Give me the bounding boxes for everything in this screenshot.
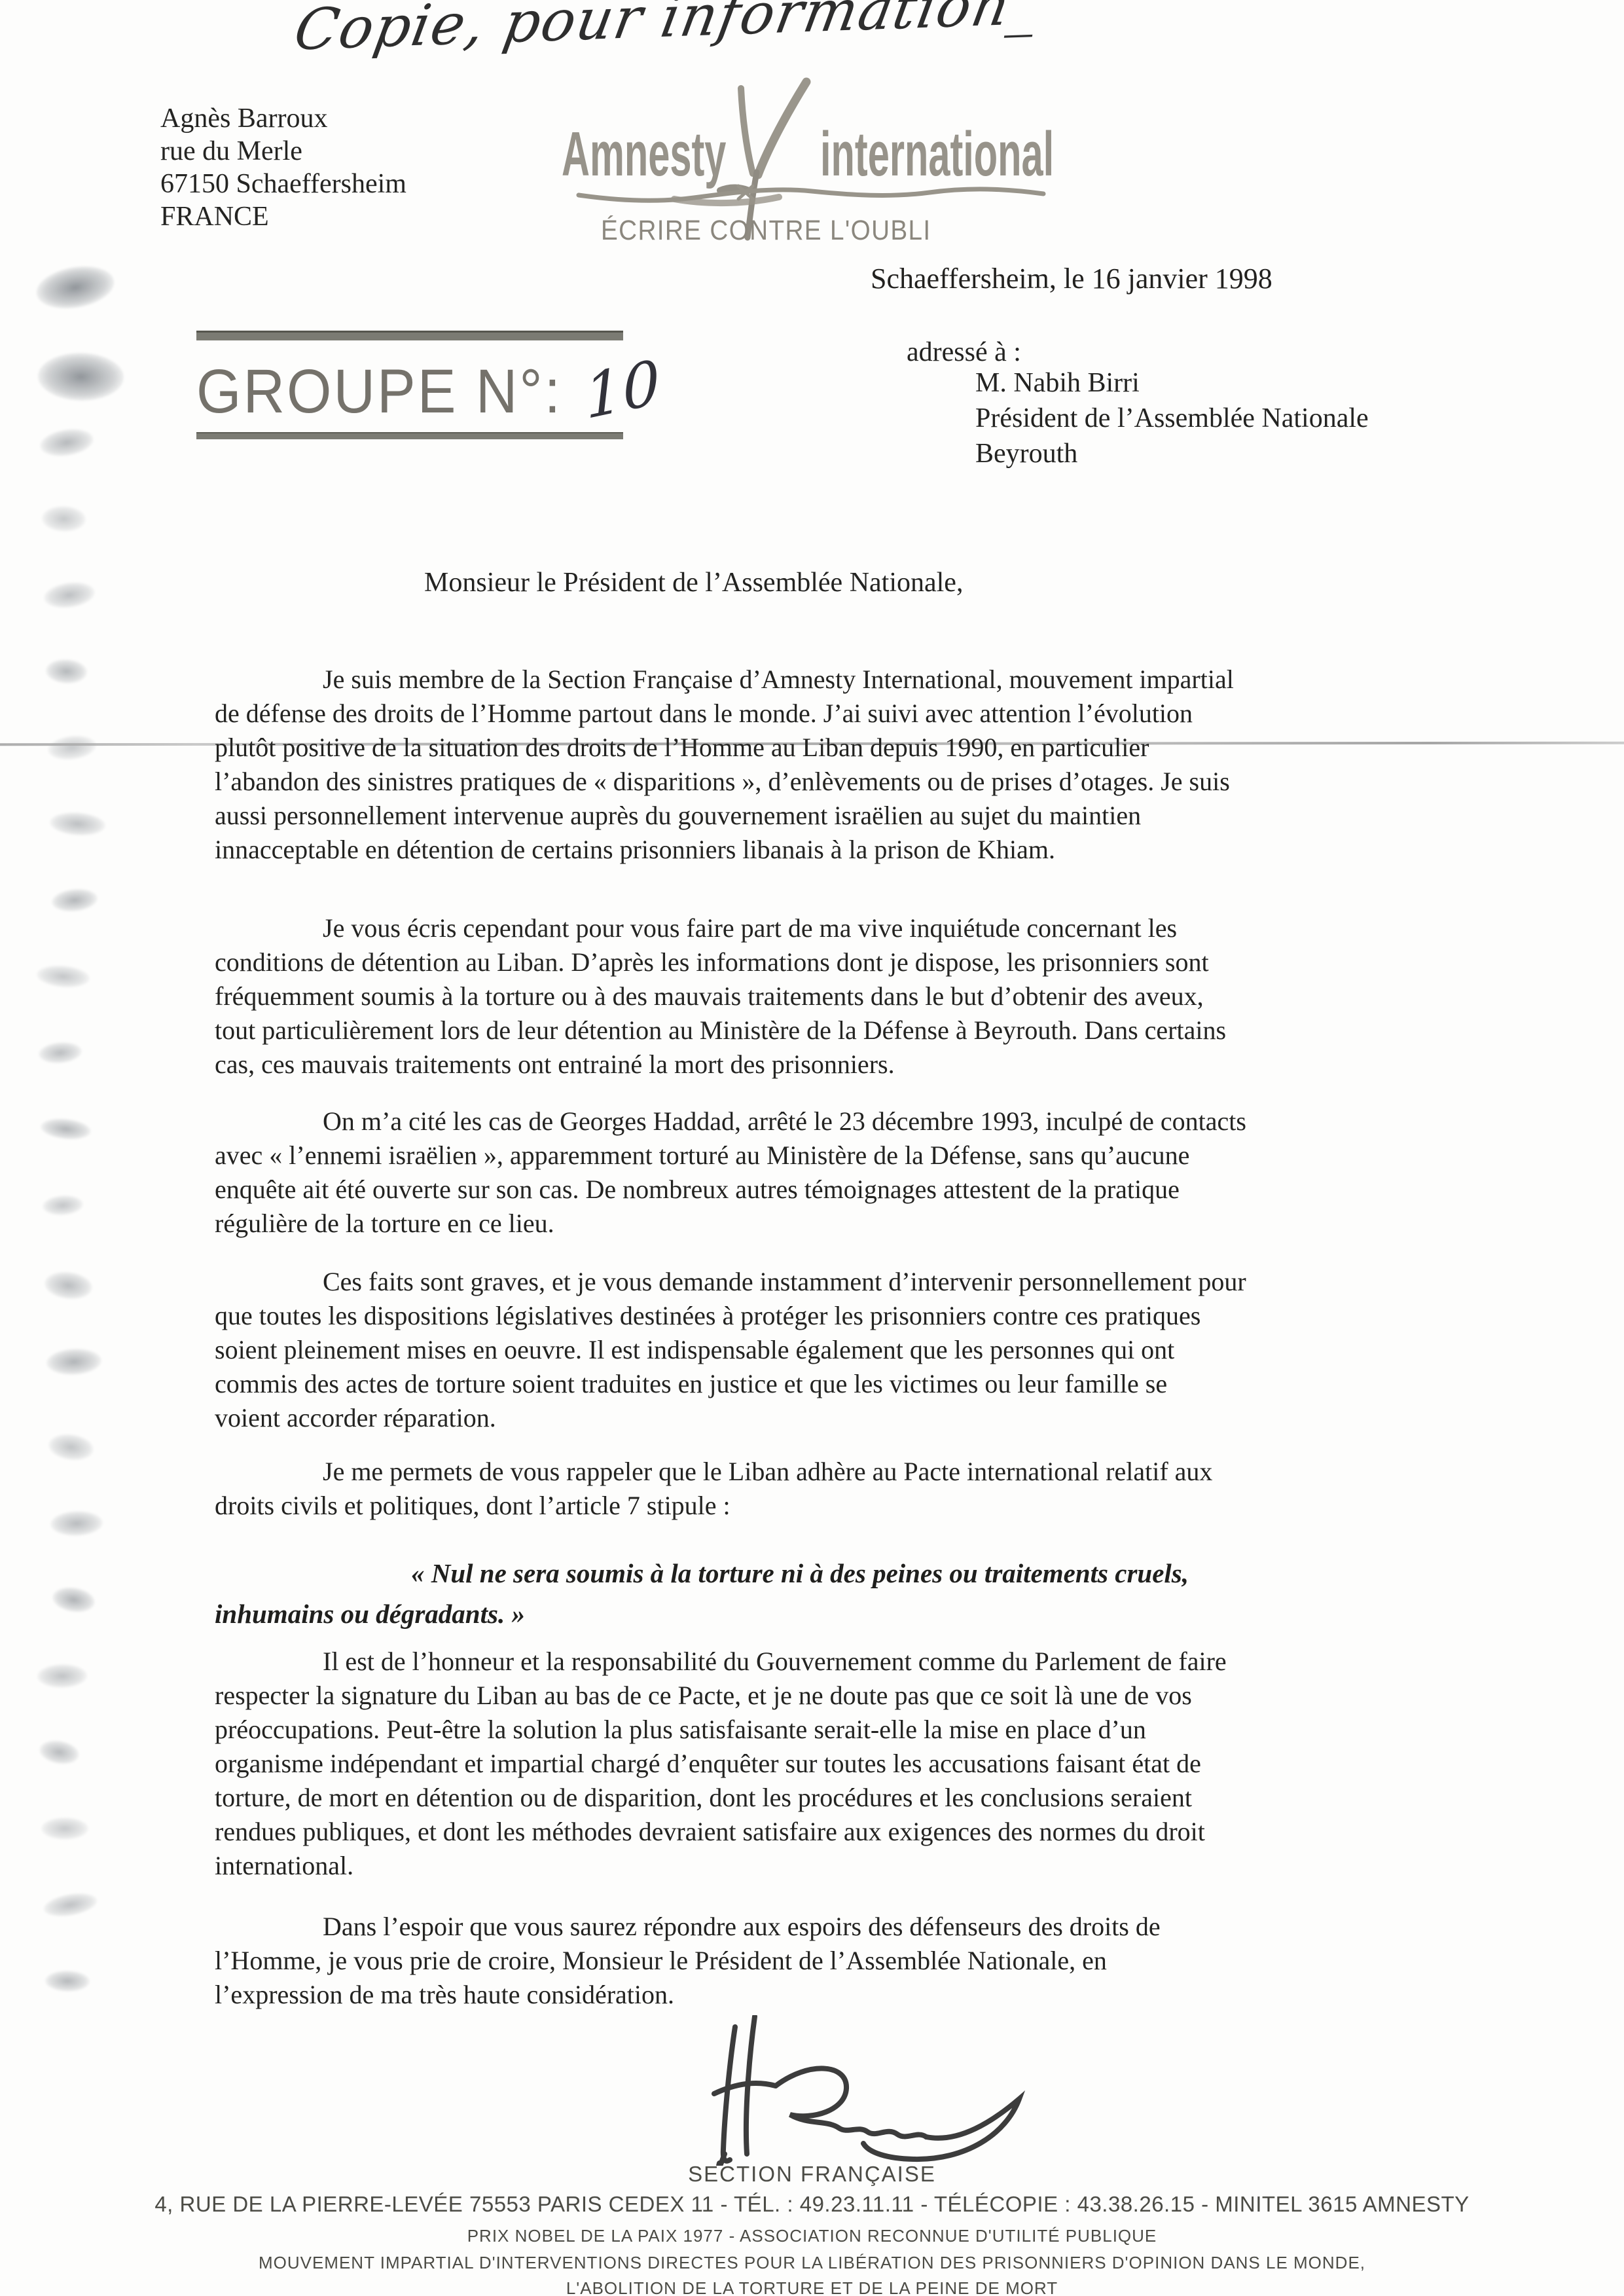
binding-mark	[37, 352, 124, 401]
binding-mark	[50, 886, 98, 913]
binding-mark	[51, 1584, 97, 1615]
scanned-letter-page: Copie, pour information_ Agnès Barroux r…	[0, 0, 1624, 2296]
barbed-wire-icon	[576, 178, 1047, 208]
dateline: Schaeffersheim, le 16 janvier 1998	[871, 262, 1272, 295]
paragraph-1: Je suis membre de la Section Française d…	[215, 663, 1514, 867]
binding-mark	[45, 658, 88, 684]
binding-mark	[41, 505, 86, 532]
paragraph-4: Ces faits sont graves, et je vous demand…	[215, 1265, 1514, 1435]
sender-country: FRANCE	[160, 200, 406, 233]
footer-address: 4, RUE DE LA PIERRE-LEVÉE 75553 PARIS CE…	[0, 2192, 1624, 2217]
paragraph-7: Dans l’espoir que vous saurez répondre a…	[215, 1910, 1514, 2012]
binding-mark	[45, 1970, 90, 1992]
group-stamp: GROUPE N°: 10	[196, 331, 623, 439]
binding-mark	[50, 1510, 103, 1537]
binding-mark	[49, 811, 106, 837]
logo-word-amnesty: Amnesty	[562, 123, 726, 186]
binding-mark	[36, 964, 91, 990]
footer-movement: MOUVEMENT IMPARTIAL D'INTERVENTIONS DIRE…	[0, 2253, 1624, 2273]
binding-mark	[47, 1431, 96, 1463]
binding-mark	[46, 733, 98, 763]
binding-mark	[42, 1194, 84, 1216]
binding-mark	[37, 1738, 81, 1767]
binding-mark	[40, 1116, 92, 1142]
paragraph-2: Je vous écris cependant pour vous faire …	[215, 911, 1514, 1082]
binding-mark	[41, 1817, 88, 1840]
binding-mark	[37, 1664, 88, 1688]
sender-name: Agnès Barroux	[160, 102, 406, 135]
stamp-rule-top	[196, 331, 623, 340]
quote-article-7: « Nul ne sera soumis à la torture ni à d…	[215, 1553, 1514, 1634]
paragraph-6: Il est de l’honneur et la responsabilité…	[215, 1645, 1514, 1883]
salutation: Monsieur le Président de l’Assemblée Nat…	[424, 567, 963, 598]
binding-mark	[46, 1347, 102, 1376]
binding-mark	[38, 426, 95, 460]
sender-street: rue du Merle	[160, 135, 406, 168]
paragraph-5: Je me permets de vous rappeler que le Li…	[215, 1455, 1514, 1523]
addressee-intro: adressé à :	[907, 337, 1021, 368]
group-label: GROUPE N°:	[196, 360, 562, 422]
signature-scribble	[651, 2015, 1044, 2166]
stamp-rule-bottom	[196, 432, 623, 439]
binding-mark	[43, 1269, 94, 1302]
handwritten-copy-note: Copie, pour information_	[289, 0, 1045, 64]
paragraph-3: On m’a cité les cas de Georges Haddad, a…	[215, 1104, 1514, 1241]
footer-nobel: PRIX NOBEL DE LA PAIX 1977 - ASSOCIATION…	[0, 2226, 1624, 2246]
logo-tagline: ÉCRIRE CONTRE L'OUBLI	[601, 215, 931, 247]
binding-mark	[43, 579, 97, 611]
footer-section: SECTION FRANÇAISE	[0, 2162, 1624, 2187]
binding-mark	[42, 1889, 99, 1920]
addressee-block: M. Nabih Birri Président de l’Assemblée …	[975, 365, 1369, 471]
footer-abolition: L'ABOLITION DE LA TORTURE ET DE LA PEINE…	[0, 2278, 1624, 2296]
binding-mark	[38, 1040, 83, 1065]
sender-city: 67150 Schaeffersheim	[160, 168, 406, 200]
group-number-handwritten: 10	[583, 346, 662, 433]
letter-body: Je suis membre de la Section Française d…	[215, 663, 1514, 2012]
footer: SECTION FRANÇAISE 4, RUE DE LA PIERRE-LE…	[0, 2162, 1624, 2296]
sender-address-block: Agnès Barroux rue du Merle 67150 Schaeff…	[160, 102, 406, 233]
binding-mark	[33, 261, 118, 314]
logo-word-international: international	[820, 123, 1054, 186]
